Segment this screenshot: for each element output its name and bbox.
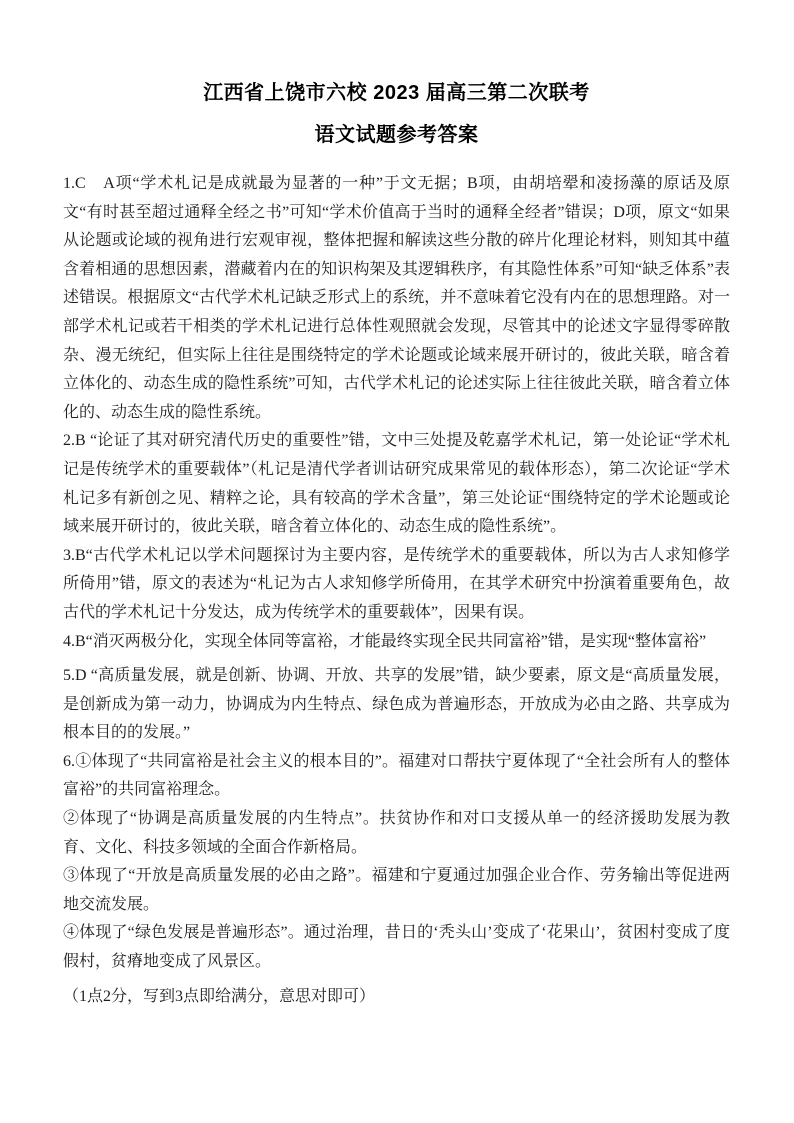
answer-paragraph-3: 3.B“古代学术札记以学术问题探讨为主要内容，是传统学术的重要载体，所以为古人求… — [63, 542, 730, 628]
answer-paragraph-5: 5.D “高质量发展，就是创新、协调、开放、共享的发展”错，缺少要素，原文是“高… — [63, 662, 730, 748]
document-page: 江西省上饶市六校 2023 届高三第二次联考 语文试题参考答案 1.C A项“学… — [0, 0, 794, 1123]
answer-paragraph-4: 4.B“消灭两极分化，实现全体同等富裕，才能最终实现全民共同富裕”错，是实现“整… — [63, 628, 730, 657]
answer-paragraph-6-item-3: ③体现了“开放是高质量发展的必由之路”。福建和宁夏通过加强企业合作、劳务输出等促… — [63, 862, 730, 919]
answer-paragraph-2: 2.B “论证了其对研究清代历史的重要性”错，文中三处提及乾嘉学术札记，第一处论… — [63, 427, 730, 541]
scoring-note: （1点2分，写到3点即给满分，意思对即可） — [63, 983, 730, 1012]
answer-paragraph-6-item-1: 6.①体现了“共同富裕是社会主义的根本目的”。福建对口帮扶宁夏体现了“全社会所有… — [63, 748, 730, 805]
page-subtitle: 语文试题参考答案 — [63, 124, 730, 147]
page-title: 江西省上饶市六校 2023 届高三第二次联考 — [63, 82, 730, 105]
answers-body: 1.C A项“学术札记是成就最为显著的一种”于文无据；B项，由胡培翚和凌扬藻的原… — [63, 170, 730, 1011]
answer-paragraph-6-item-2: ②体现了“协调是高质量发展的内生特点”。扶贫协作和对口支援从单一的经济援助发展为… — [63, 805, 730, 862]
answer-paragraph-6-item-4: ④体现了“绿色发展是普遍形态”。通过治理，昔日的‘秃头山’变成了‘花果山’，贫困… — [63, 919, 730, 976]
answer-paragraph-1: 1.C A项“学术札记是成就最为显著的一种”于文无据；B项，由胡培翚和凌扬藻的原… — [63, 170, 730, 427]
